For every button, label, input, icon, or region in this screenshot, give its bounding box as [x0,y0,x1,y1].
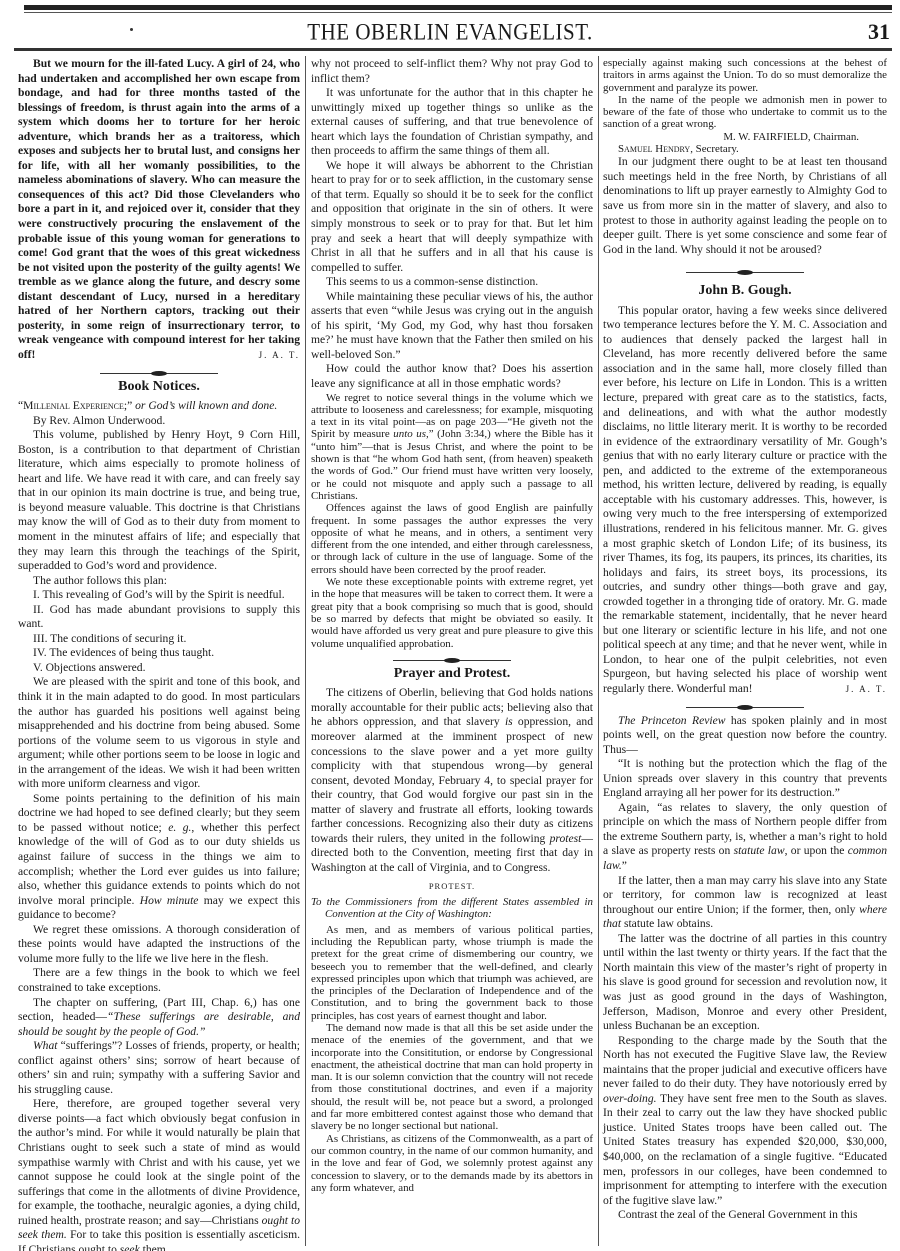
italic-text: unto us, [393,428,428,440]
italic-text: How minute [140,894,199,907]
section-heading-john-b-gough: John B. Gough. [603,284,887,299]
book-author: By Rev. Almon Underwood. [18,414,300,429]
paragraph: Some points pertaining to the definition… [18,792,300,923]
italic-text: is [505,715,513,728]
protest-paragraph: In the name of the people we admonish me… [603,94,887,131]
book-title: “Millenial Experience;” [18,399,132,412]
plan-item: V. Objections answered. [18,661,300,676]
lucy-article: But we mourn for the ill-fated Lucy. A g… [18,57,300,362]
secretary-signature: Samuel Hendry, Secretary. [603,143,887,155]
section-separator [686,704,804,711]
italic-text: statute law [734,844,785,857]
paragraph: We note these exceptionable points with … [311,576,593,650]
italic-text: over-doing. [603,1092,657,1105]
section-separator [393,657,511,664]
paragraph: This popular orator, having a few weeks … [603,304,887,697]
paragraph: The author follows this plan: [18,574,300,589]
paragraph: We regret to notice several things in th… [311,392,593,503]
publication-name: The Princeton Review [618,714,725,727]
section-heading-prayer-protest: Prayer and Protest. [311,667,593,682]
paragraph: We hope it will always be abhorrent to t… [311,159,593,275]
italic-text: e. g. [168,821,191,834]
book-subtitle: or God’s will known and done. [132,399,277,412]
plan-item: IV. The evidences of being thus taught. [18,646,300,661]
paragraph: It was unfortunate for the author that i… [311,86,593,159]
paragraph: The chapter on suffering, (Part III, Cha… [18,996,300,1040]
masthead-rule [14,48,892,51]
italic-text: protest [550,832,582,845]
section-separator [100,370,218,377]
column-rule [305,56,306,1246]
secretary-name: Samuel Hendry [618,143,690,155]
text: Here, therefore, are grouped together se… [18,1097,300,1226]
top-rule-thick [24,5,892,10]
text: them, [140,1243,169,1251]
plan-item: III. The conditions of securing it. [18,632,300,647]
protest-paragraph: The demand now made is that all this be … [311,1022,593,1133]
paragraph: This volume, published by Henry Hoyt, 9 … [18,428,300,573]
section-heading-book-notices: Book Notices. [18,380,300,395]
protest-address: To the Commissioners from the different … [311,896,593,921]
plan-item: II. God has made abundant provisions to … [18,603,300,632]
text: Responding to the charge made by the Sou… [603,1034,887,1091]
section-separator [686,269,804,276]
book-title-line: “Millenial Experience;” or God’s will kn… [18,399,300,414]
paragraph: While maintaining these peculiar views o… [311,290,593,363]
text: , or upon the [785,844,848,857]
paragraph: We regret these omissions. A thorough co… [18,923,300,967]
column-rule [598,56,599,1246]
text: statute law obtains. [621,917,713,930]
text: oppression, and moreover alarmed at the … [311,715,593,844]
text: They have sent free men to the South as … [603,1092,887,1207]
protest-continuation: especially against making such concessio… [603,57,887,94]
quotation: “It is nothing but the protection which … [603,757,887,801]
chairman-signature: M. W. FAIRFIELD, Chairman. [603,131,887,143]
italic-text: seek [120,1243,140,1251]
paragraph: We are pleased with the spirit and tone … [18,675,300,791]
paragraph: Responding to the charge made by the Sou… [603,1034,887,1209]
paragraph: This seems to us a common-sense distinct… [311,275,593,290]
masthead: THE OBERLIN EVANGELIST. 31 [0,18,900,44]
protest-paragraph: As Christians, as citizens of the Common… [311,1133,593,1194]
protest-label: PROTEST. [311,879,593,894]
paragraph: How could the author know that? Does his… [311,362,593,391]
text: “sufferings”? Losses of friends, propert… [18,1039,300,1096]
column-2: why not proceed to self-inflict them? Wh… [311,57,593,1194]
page-number: 31 [868,19,890,45]
text: ” [622,859,627,872]
paragraph: Offences against the laws of good Englis… [311,502,593,576]
paragraph: The Princeton Review has spoken plainly … [603,714,887,758]
author-signature: J. A. T. [18,348,300,363]
paragraph: The citizens of Oberlin, believing that … [311,686,593,875]
protest-paragraph: As men, and as members of various politi… [311,924,593,1022]
paragraph: Contrast the zeal of the General Governm… [603,1208,887,1223]
paragraph: Again, “as relates to slavery, the only … [603,801,887,874]
paragraph: In our judgment there ought to be at lea… [603,155,887,257]
plan-item: I. This revealing of God’s will by the S… [18,588,300,603]
paragraph: Here, therefore, are grouped together se… [18,1097,300,1251]
column-3: especially against making such concessio… [603,57,887,1223]
newspaper-title: THE OBERLIN EVANGELIST. [0,19,900,47]
paragraph: If the latter, then a man may carry his … [603,874,887,932]
paragraph-continuation: why not proceed to self-inflict them? Wh… [311,57,593,86]
paragraph: What “sufferings”? Losses of friends, pr… [18,1039,300,1097]
top-rule-thin [24,12,892,13]
column-1: But we mourn for the ill-fated Lucy. A g… [18,57,300,1251]
italic-text: What [33,1039,57,1052]
secretary-title: , Secretary. [690,143,739,155]
paragraph: The latter was the doctrine of all parti… [603,932,887,1034]
paragraph: There are a few things in the book to wh… [18,966,300,995]
text: If the latter, then a man may carry his … [603,874,887,916]
